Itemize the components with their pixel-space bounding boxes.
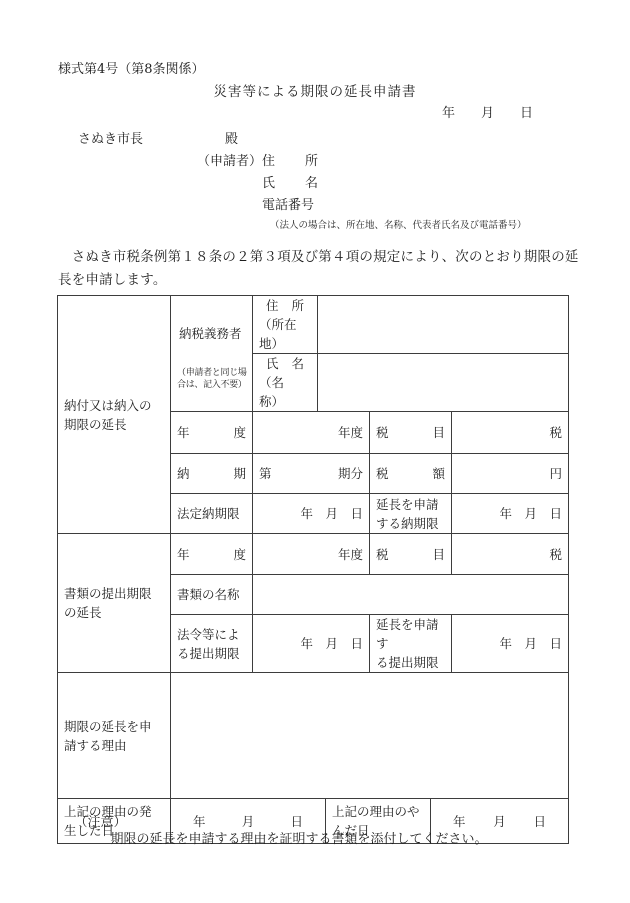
taxpayer-address-label: 住 所 （所在地） bbox=[253, 296, 318, 354]
addr-char-2: 所 bbox=[291, 296, 304, 315]
applicant-phone-label: 電話番号 bbox=[262, 197, 314, 214]
payment-tax-item-input-cell: 税 bbox=[452, 412, 569, 454]
doc-year-char-1: 年 bbox=[177, 545, 190, 564]
tax-amount-label: 税 額 bbox=[370, 454, 452, 494]
taxpayer-note-line1: （申請者と同じ場 bbox=[177, 367, 246, 379]
ceased-ymd-month: 月 bbox=[493, 812, 506, 831]
legal-deadline-line2: る提出期限 bbox=[177, 644, 246, 663]
taxpayer-address-input-cell bbox=[318, 296, 569, 354]
application-table: 納付又は納入の 期限の延長 納税義務者 （申請者と同じ場 合は、記入不要） 住 … bbox=[57, 295, 569, 844]
corporate-note: （法人の場合は、所在地、名称、代表者氏名及び電話番号） bbox=[270, 217, 527, 234]
extended-submit-line1: 延長を申請す bbox=[376, 615, 445, 653]
name-char-1: 氏 bbox=[262, 175, 275, 192]
addressee: さぬき市長 bbox=[78, 131, 143, 148]
addr-sub-label: （所在地） bbox=[259, 315, 311, 353]
document-tax-item-input-cell: 税 bbox=[452, 534, 569, 575]
extended-submit-date-cell: 年 月 日 bbox=[452, 615, 569, 673]
reason-line2: 請する理由 bbox=[64, 736, 164, 755]
taxpayer-name-label: 氏 名 （名 称） bbox=[253, 354, 318, 412]
tax-amount-char-2: 額 bbox=[432, 464, 445, 483]
group-payment-line2: 期限の延長 bbox=[64, 415, 164, 434]
extended-due-line2: する納期限 bbox=[376, 514, 445, 533]
address-char-2: 所 bbox=[305, 153, 318, 170]
doc-tax-item-char-2: 目 bbox=[432, 545, 445, 564]
payment-tax-item-label: 税 目 bbox=[370, 412, 452, 454]
extended-due-label: 延長を申請 する納期限 bbox=[370, 494, 452, 534]
applicant-address-label: 住 所 bbox=[262, 153, 318, 170]
year-char-1: 年 bbox=[177, 423, 190, 442]
group-payment-line1: 納付又は納入の bbox=[64, 396, 164, 415]
extended-due-date-cell: 年 月 日 bbox=[452, 494, 569, 534]
extended-submit-line2: る提出期限 bbox=[376, 653, 445, 672]
doc-tax-item-char-1: 税 bbox=[376, 545, 389, 564]
taxpayer-note-line2: 合は、記入不要） bbox=[177, 379, 246, 391]
document-name-input-cell bbox=[253, 575, 569, 615]
intro-line-1: さぬき市税条例第１８条の２第３項及び第４項の規定により、次のとおり期限の延 bbox=[58, 249, 579, 266]
statutory-due-label: 法定納期限 bbox=[171, 494, 253, 534]
tax-amount-char-1: 税 bbox=[376, 464, 389, 483]
taxpayer-label: 納税義務者 bbox=[177, 324, 246, 343]
document-tax-item-label: 税 目 bbox=[370, 534, 452, 575]
name-char-2: 名 bbox=[305, 175, 318, 192]
payment-year-label: 年 度 bbox=[171, 412, 253, 454]
year-char-2: 度 bbox=[233, 423, 246, 442]
page-title: 災害等による期限の延長申請書 bbox=[0, 84, 630, 101]
extended-submit-label: 延長を申請す る提出期限 bbox=[370, 615, 452, 673]
payment-period-label: 納 期 bbox=[171, 454, 253, 494]
form-page: 様式第4号（第8条関係） 災害等による期限の延長申請書 年 月 日 さぬき市長 … bbox=[0, 0, 630, 903]
period-char-2: 期 bbox=[233, 464, 246, 483]
extended-due-line1: 延長を申請 bbox=[376, 495, 445, 514]
period-suffix: 期分 bbox=[338, 464, 363, 483]
name-sub-label: （名 称） bbox=[259, 373, 311, 411]
addressee-honorific: 殿 bbox=[225, 131, 238, 148]
payment-year-input-cell: 年度 bbox=[253, 412, 370, 454]
group-document-line2: の延長 bbox=[64, 603, 164, 622]
group-reason-label: 期限の延長を申 請する理由 bbox=[58, 673, 171, 799]
legal-deadline-date-cell: 年 月 日 bbox=[253, 615, 370, 673]
footer-note-label: （注意） bbox=[75, 815, 127, 830]
legal-deadline-line1: 法令等によ bbox=[177, 625, 246, 644]
group-document-line1: 書類の提出期限 bbox=[64, 584, 164, 603]
name-cell-char-1: 氏 bbox=[266, 354, 279, 373]
intro-line-2: 長を申請します。 bbox=[58, 272, 167, 289]
document-year-label: 年 度 bbox=[171, 534, 253, 575]
period-prefix: 第 bbox=[259, 464, 272, 483]
addr-char-1: 住 bbox=[266, 296, 279, 315]
group-document-extension: 書類の提出期限 の延長 bbox=[58, 534, 171, 673]
name-cell-char-2: 名 bbox=[291, 354, 304, 373]
statutory-due-date-cell: 年 月 日 bbox=[253, 494, 370, 534]
doc-year-char-2: 度 bbox=[233, 545, 246, 564]
tax-item-char-1: 税 bbox=[376, 423, 389, 442]
tax-item-char-2: 目 bbox=[432, 423, 445, 442]
tax-amount-input-cell: 円 bbox=[452, 454, 569, 494]
form-number: 様式第4号（第8条関係） bbox=[58, 61, 205, 78]
ceased-ymd-day: 日 bbox=[534, 812, 547, 831]
footer-note: （注意） 期限の延長を申請する理由を証明する書類を添付してください。 bbox=[58, 797, 488, 865]
payment-period-input-cell: 第 期分 bbox=[253, 454, 370, 494]
applicant-name-label: 氏 名 bbox=[262, 175, 318, 192]
date-line: 年 月 日 bbox=[442, 105, 533, 122]
document-year-input-cell: 年度 bbox=[253, 534, 370, 575]
group-payment-extension: 納付又は納入の 期限の延長 bbox=[58, 296, 171, 534]
address-char-1: 住 bbox=[262, 153, 275, 170]
legal-deadline-label: 法令等によ る提出期限 bbox=[171, 615, 253, 673]
reason-input-cell bbox=[171, 673, 569, 799]
taxpayer-cell: 納税義務者 （申請者と同じ場 合は、記入不要） bbox=[171, 296, 253, 412]
taxpayer-name-input-cell bbox=[318, 354, 569, 412]
applicant-label: （申請者） bbox=[197, 153, 262, 170]
document-name-label: 書類の名称 bbox=[171, 575, 253, 615]
period-char-1: 納 bbox=[177, 464, 190, 483]
reason-line1: 期限の延長を申 bbox=[64, 717, 164, 736]
footer-note-text: 期限の延長を申請する理由を証明する書類を添付してください。 bbox=[111, 832, 488, 847]
